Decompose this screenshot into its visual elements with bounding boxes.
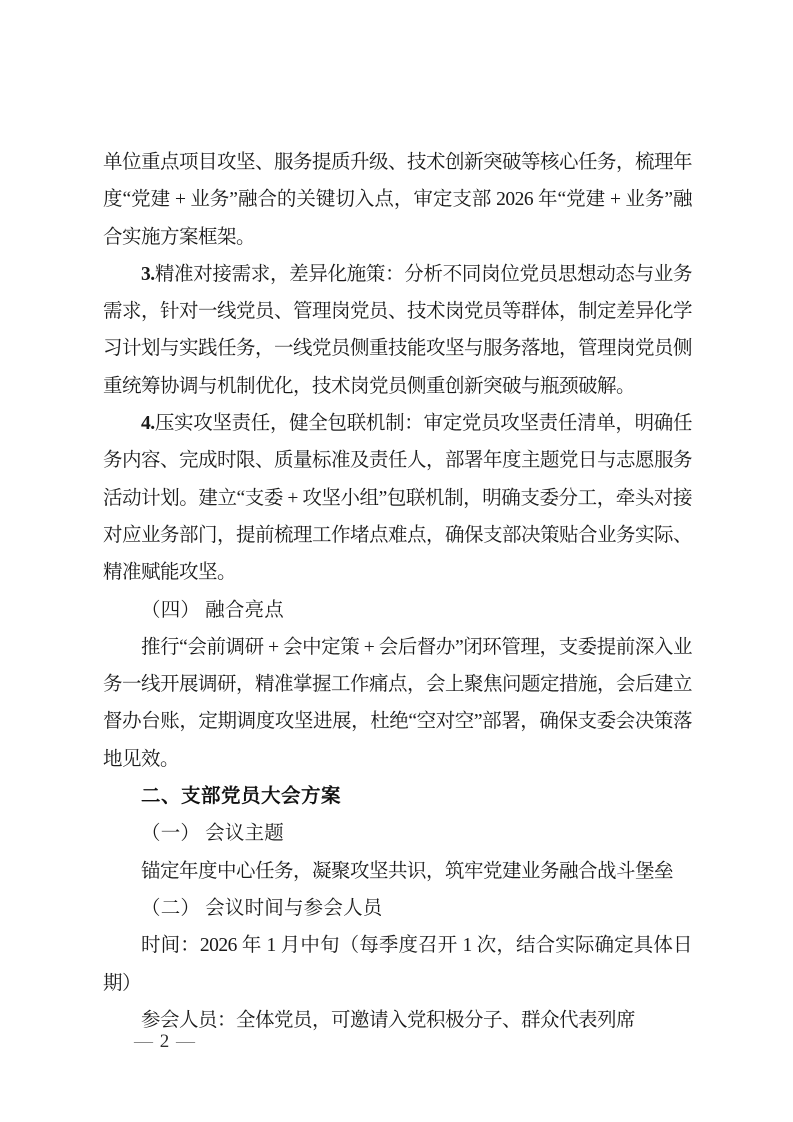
page-number-left-dash: — [134, 1031, 153, 1052]
paragraph-item-3-text: 精准对接需求，差异化施策：分析不同岗位党员思想动态与业务需求，针对一线党员、管理… [103, 264, 692, 397]
page-number: — 2 — [134, 1031, 195, 1053]
paragraph-item-4: 4.压实攻坚责任，健全包联机制：审定党员攻坚责任清单，明确任务内容、完成时限、质… [103, 405, 692, 591]
list-number-3: 3. [141, 264, 155, 285]
heading-part-2-member-assembly-plan: 二、支部党员大会方案 [103, 778, 692, 815]
paragraph-closed-loop-management: 推行“会前调研 + 会中定策 + 会后督办”闭环管理，支委提前深入业务一线开展调… [103, 629, 692, 778]
heading-meeting-time-attendees: （二） 会议时间与参会人员 [103, 890, 692, 927]
document-content: 单位重点项目攻坚、服务提质升级、技术创新突破等核心任务，梳理年度“党建 + 业务… [103, 144, 692, 1039]
document-page: 单位重点项目攻坚、服务提质升级、技术创新突破等核心任务，梳理年度“党建 + 业务… [0, 0, 793, 1122]
heading-section-4-fusion-highlights: （四） 融合亮点 [103, 592, 692, 629]
paragraph-item-4-text: 压实攻坚责任，健全包联机制：审定党员攻坚责任清单，明确任务内容、完成时限、质量标… [103, 413, 692, 583]
page-number-value: 2 [158, 1031, 172, 1052]
page-number-right-dash: — [176, 1031, 195, 1052]
paragraph-continuation: 单位重点项目攻坚、服务提质升级、技术创新突破等核心任务，梳理年度“党建 + 业务… [103, 144, 692, 256]
paragraph-meeting-time: 时间：2026 年 1 月中旬（每季度召开 1 次，结合实际确定具体日期） [103, 927, 692, 1002]
paragraph-item-3: 3.精准对接需求，差异化施策：分析不同岗位党员思想动态与业务需求，针对一线党员、… [103, 256, 692, 405]
paragraph-meeting-theme: 锚定年度中心任务，凝聚攻坚共识，筑牢党建业务融合战斗堡垒 [103, 853, 692, 890]
heading-meeting-theme: （一） 会议主题 [103, 815, 692, 852]
list-number-4: 4. [141, 413, 155, 434]
